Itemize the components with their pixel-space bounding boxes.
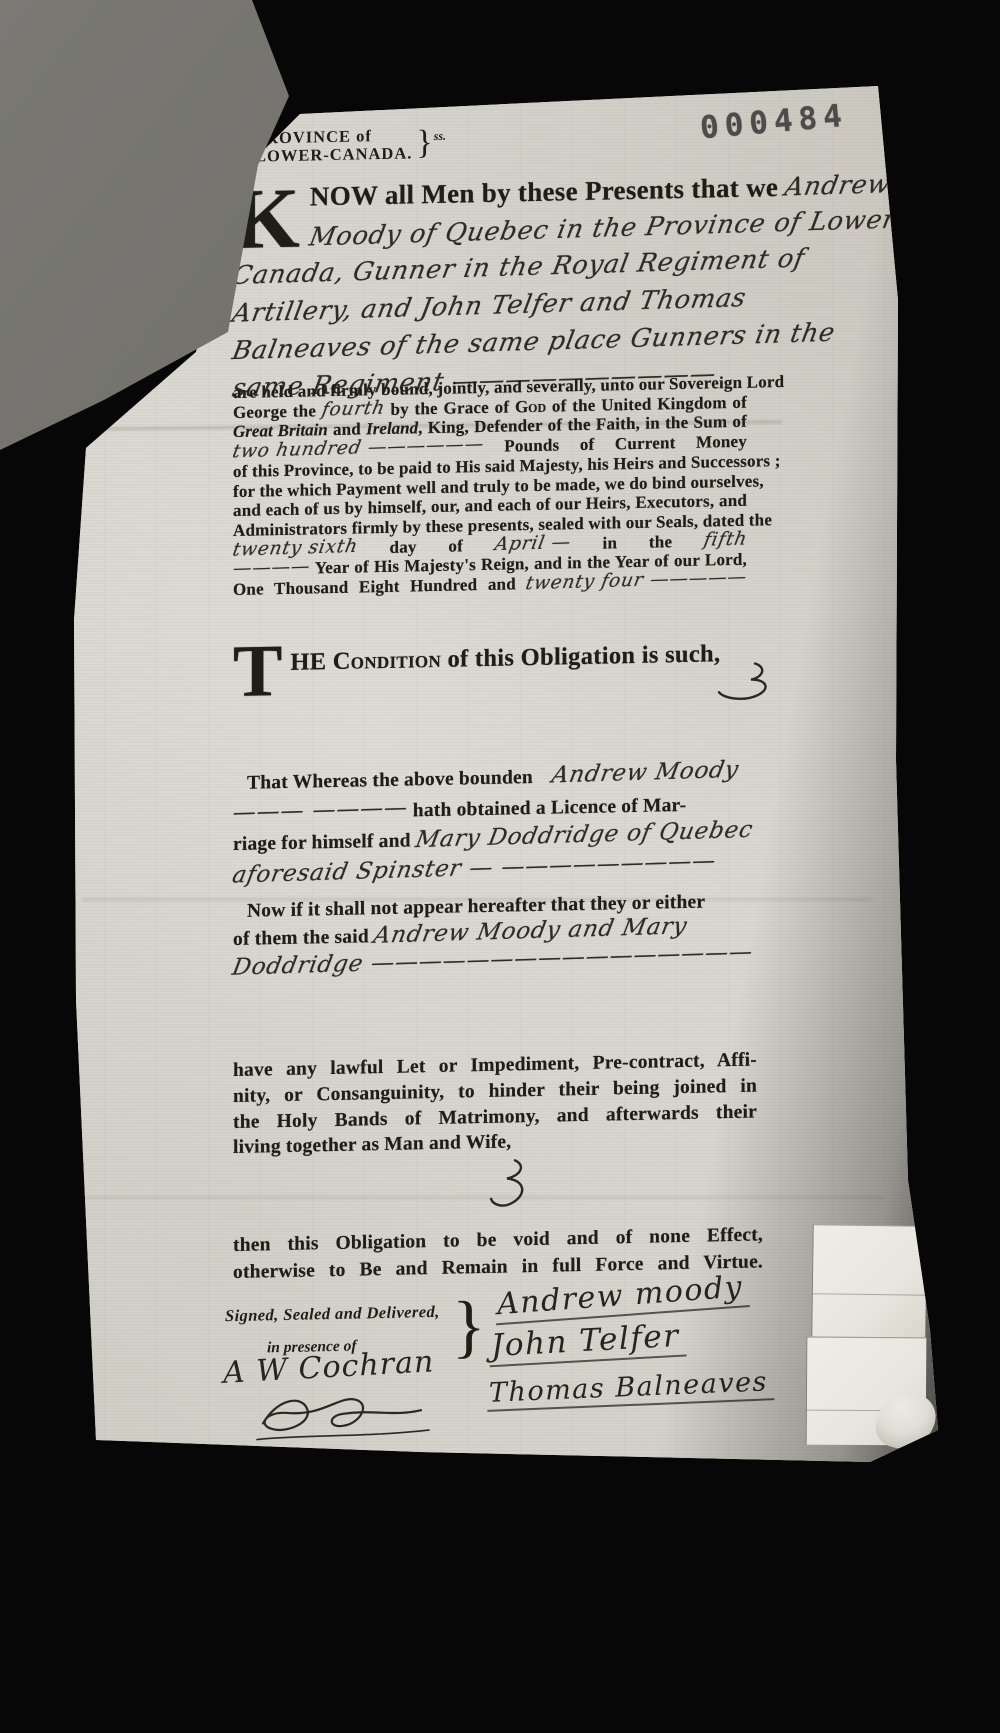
printed-text: That Whereas the above bounden <box>247 767 538 794</box>
signature-john-telfer: John Telfer <box>488 1318 686 1368</box>
handwritten-text: fifth <box>702 529 749 550</box>
printed-text: George the <box>233 401 322 422</box>
scanned-document-photo: 000484 PROVINCE of LOWER-CANADA. } ss. K… <box>0 0 1000 1733</box>
attestation-brace-mark: } <box>452 1287 486 1368</box>
condition-tail: of this Obligation is such, <box>441 640 720 673</box>
printed-text: day of <box>358 535 495 557</box>
document-header: PROVINCE of LOWER-CANADA. } ss. <box>255 126 446 165</box>
whereas-clause: That Whereas the above bounden Andrew Mo… <box>233 756 837 890</box>
handwritten-text: twenty four ————— <box>524 568 749 595</box>
patch-rule-line <box>813 1293 926 1296</box>
attestation-line-1: Signed, Sealed and Delivered, <box>225 1301 475 1326</box>
flourish-mark <box>489 1158 529 1211</box>
bond-clause: are held and firmly bound, jointly, and … <box>233 373 747 600</box>
repair-patch-upper <box>811 1224 927 1338</box>
handwritten-text: ———— <box>231 557 312 579</box>
signature-thomas-balneaves: Thomas Balneaves <box>487 1366 775 1412</box>
handwritten-text: Andrew Moody <box>535 756 741 792</box>
condition-heading-text: HE Condition of this Obligation is such, <box>290 632 720 677</box>
printed-text: NOW all Men by these Presents that we <box>310 172 785 212</box>
province-line-2: LOWER-CANADA. <box>255 144 412 165</box>
opening-clause-lines: NOW all Men by these Presents that we An… <box>233 167 858 406</box>
printed-text: by the Grace of <box>385 397 515 419</box>
condition-heading: T HE Condition of this Obligation is suc… <box>233 632 720 702</box>
printed-text: hath obtained a Licence of Mar- <box>408 794 687 821</box>
jurat-abbreviation: ss. <box>434 129 446 144</box>
printed-text: in the <box>571 531 704 553</box>
printed-text: God <box>515 396 546 416</box>
handwritten-text: ——— ———— <box>230 793 411 828</box>
printed-text: riage for himself and <box>233 831 416 856</box>
handwritten-text: fourth <box>320 398 387 420</box>
printed-text: of them the said <box>233 926 374 950</box>
condition-smallcaps: Condition <box>333 646 441 675</box>
handwritten-text: Andrew <box>782 166 894 207</box>
handwritten-text: April — <box>493 532 573 554</box>
document-content: PROVINCE of LOWER-CANADA. } ss. K NOW al… <box>233 115 881 1548</box>
witness-paraph-flourish <box>243 1386 443 1457</box>
header-brace-mark: } <box>416 126 432 160</box>
impediment-clause: have any lawful Let or Impediment, Pre-c… <box>233 1047 757 1161</box>
condition-lead: HE <box>290 648 332 676</box>
now-clause: Now if it shall not appear hereafter tha… <box>233 886 837 981</box>
opening-clause: K NOW all Men by these Presents that we … <box>233 167 858 406</box>
province-caption: PROVINCE of LOWER-CANADA. <box>255 126 412 164</box>
dropcap-T: T <box>233 641 282 702</box>
printed-text: living together as Man and Wife, <box>233 1132 511 1159</box>
flourish-mark <box>717 661 773 702</box>
